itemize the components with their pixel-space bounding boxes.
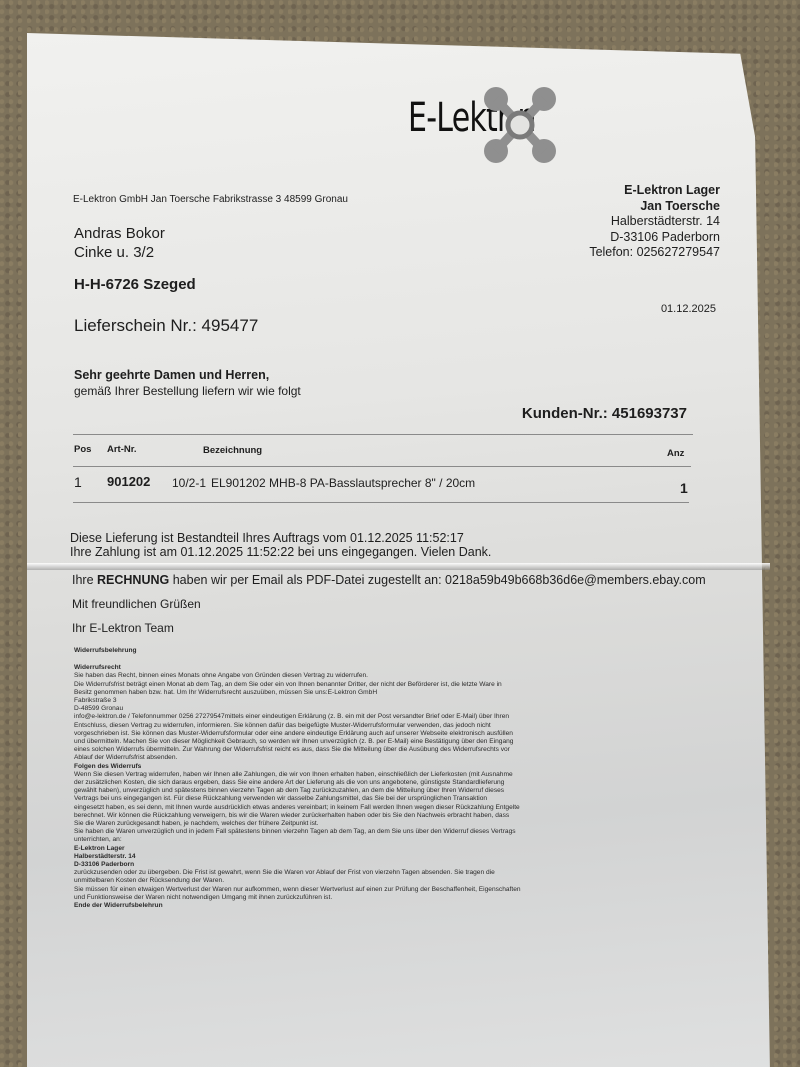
recipient-name: Andras Bokor xyxy=(74,224,165,243)
legal-line: eines solchen Widerrufs übermitteln. Zur… xyxy=(74,746,614,754)
payment-note: Ihre Zahlung ist am 01.12.2025 11:52:22 … xyxy=(70,545,491,559)
legal-line: D-48599 Gronau xyxy=(74,705,614,713)
address-line: D-33106 Paderborn xyxy=(74,861,614,869)
legal-line: Fabrikstraße 3 xyxy=(74,697,614,705)
legal-line: Besitz genommen haben bzw. hat. Um Ihr W… xyxy=(74,689,614,697)
legal-line: Die Widerrufsfrist beträgt einen Monat a… xyxy=(74,681,614,689)
legal-line: gewählt haben), unverzüglich und spätest… xyxy=(74,787,614,795)
legal-line: zurückzusenden oder zu übergeben. Die Fr… xyxy=(74,869,614,877)
table-bottom-rule xyxy=(73,502,689,503)
legal-line: und übermitteln. Machen Sie von dieser M… xyxy=(74,738,614,746)
legal-line: info@e-lektron.de / Telefonnummer 0256 2… xyxy=(74,713,614,721)
customer-number: Kunden-Nr.: 451693737 xyxy=(522,405,687,422)
table-header-rule xyxy=(73,466,691,467)
warehouse-address: E-Lektron Lager Jan Toersche Halberstädt… xyxy=(589,183,720,261)
header-pos: Pos xyxy=(74,444,91,455)
recipient-address: Andras Bokor Cinke u. 3/2 xyxy=(74,224,165,262)
row-anz: 1 xyxy=(680,480,688,496)
legal-line: Ablauf der Widerrufsfrist absenden. xyxy=(74,754,614,762)
legal-line: unterrichten, an: xyxy=(74,836,614,844)
header-art-nr: Art-Nr. xyxy=(107,444,137,455)
legal-line: der zusätzlichen Kosten, die sich daraus… xyxy=(74,779,614,787)
legal-line: Sie müssen für einen etwaigen Wertverlus… xyxy=(74,886,614,894)
legal-line: Wenn Sie diesen Vertrag widerrufen, habe… xyxy=(74,771,614,779)
legal-line: und Funktionsweise der Waren nicht notwe… xyxy=(74,894,614,902)
table-top-rule xyxy=(73,434,693,435)
warehouse-company: E-Lektron Lager xyxy=(589,183,720,199)
intro-text: gemäß Ihrer Bestellung liefern wir wie f… xyxy=(74,384,301,398)
recipient-city: H-H-6726 Szeged xyxy=(74,276,196,293)
recipient-street: Cinke u. 3/2 xyxy=(74,243,165,262)
invoice-suffix: haben wir per Email als PDF-Datei zugest… xyxy=(169,573,705,587)
legal-line: berechnet. Wir können die Rückzahlung ve… xyxy=(74,812,614,820)
consequences-heading: Folgen des Widerrufs xyxy=(74,763,614,771)
return-address: E-Lektron LagerHalberstädterstr. 14D-331… xyxy=(74,845,614,870)
header-anz: Anz xyxy=(667,448,684,459)
warehouse-phone: Telefon: 025627279547 xyxy=(589,245,720,261)
right-text: Sie haben das Recht, binnen eines Monats… xyxy=(74,672,614,762)
document-title: Lieferschein Nr.: 495477 xyxy=(74,316,258,336)
warehouse-city: D-33106 Paderborn xyxy=(589,230,720,246)
order-note: Diese Lieferung ist Bestandteil Ihres Au… xyxy=(70,531,491,545)
address-line: E-Lektron Lager xyxy=(74,845,614,853)
closing: Mit freundlichen Grüßen xyxy=(72,597,201,611)
row-pos: 1 xyxy=(74,474,82,490)
after-text: zurückzusenden oder zu übergeben. Die Fr… xyxy=(74,869,614,902)
address-line: Halberstädterstr. 14 xyxy=(74,853,614,861)
invoice-keyword: RECHNUNG xyxy=(97,573,169,587)
header-bezeichnung: Bezeichnung xyxy=(203,445,262,456)
row-location: 10/2-1 xyxy=(172,476,206,490)
legal-line: vorgeschrieben ist. Sie können das Muste… xyxy=(74,730,614,738)
right-heading: Widerrufsrecht xyxy=(74,664,614,672)
legal-line: eingesetzt haben, es sei denn, mit Ihnen… xyxy=(74,804,614,812)
legal-end: Ende der Widerrufsbelehrun xyxy=(74,902,614,910)
signature-team: Ihr E-Lektron Team xyxy=(72,621,174,635)
legal-title: Widerrufsbelehrung xyxy=(74,647,614,655)
sender-line: E-Lektron GmbH Jan Toersche Fabrikstrass… xyxy=(73,194,348,205)
order-notes: Diese Lieferung ist Bestandteil Ihres Au… xyxy=(70,531,491,559)
warehouse-contact: Jan Toersche xyxy=(589,199,720,215)
legal-line: Vertrags bei uns eingegangen ist. Für di… xyxy=(74,795,614,803)
legal-line: Sie haben die Waren unverzüglich und in … xyxy=(74,828,614,836)
greeting: Sehr geehrte Damen und Herren, xyxy=(74,368,269,382)
paper-fold xyxy=(27,563,770,570)
legal-line: Entschluss, diesen Vertrag zu widerrufen… xyxy=(74,722,614,730)
invoice-line: Ihre RECHNUNG haben wir per Email als PD… xyxy=(72,573,706,587)
consequences-text: Wenn Sie diesen Vertrag widerrufen, habe… xyxy=(74,771,614,845)
warehouse-street: Halberstädterstr. 14 xyxy=(589,214,720,230)
molecule-icon xyxy=(480,85,560,165)
row-bezeichnung: EL901202 MHB-8 PA-Basslautsprecher 8" / … xyxy=(211,476,475,490)
legal-line: unmittelbaren Kosten der Rücksendung der… xyxy=(74,877,614,885)
row-art-nr: 901202 xyxy=(107,474,150,489)
invoice-prefix: Ihre xyxy=(72,573,97,587)
document-date: 01.12.2025 xyxy=(661,303,716,315)
legal-line: Sie haben das Recht, binnen eines Monats… xyxy=(74,672,614,680)
withdrawal-instructions: Widerrufsbelehrung Widerrufsrecht Sie ha… xyxy=(74,647,614,910)
company-logo: E-Lektr n xyxy=(408,85,598,165)
legal-line: Sie die Waren zurückgesandt haben, je na… xyxy=(74,820,614,828)
